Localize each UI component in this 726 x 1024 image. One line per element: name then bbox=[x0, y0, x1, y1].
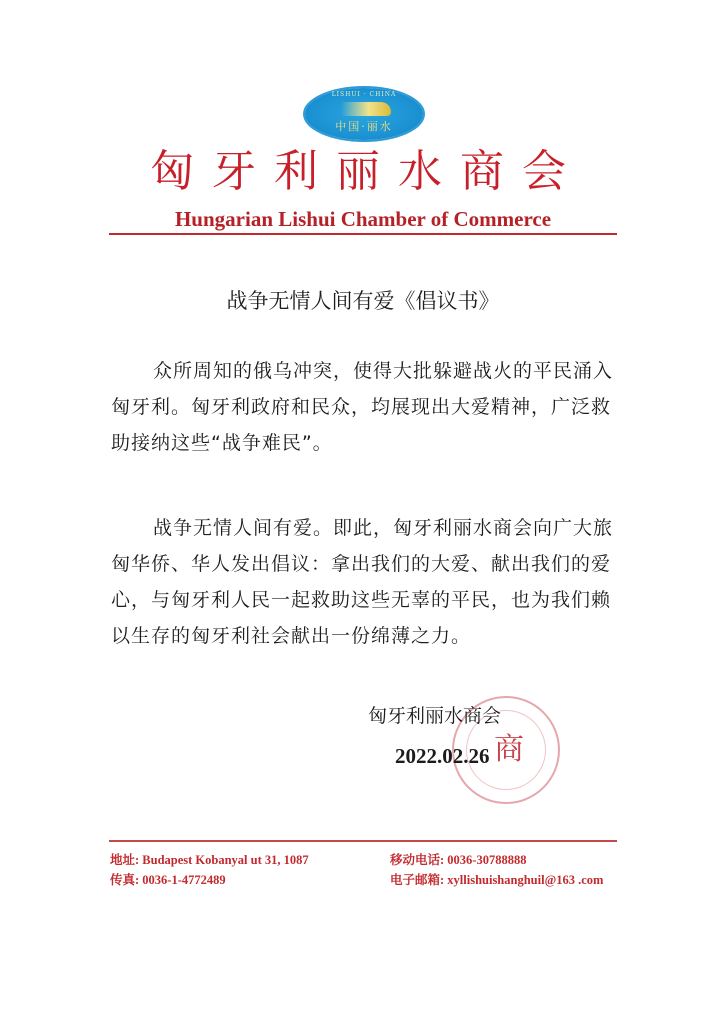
chamber-logo: LISHUI · CHINA 中国·丽水 bbox=[305, 88, 423, 140]
footer-address: 地址: Budapest Kobanyal ut 31, 1087 bbox=[110, 852, 309, 868]
logo-text: 中国·丽水 bbox=[305, 118, 423, 134]
signature-date: 2022.02.26 bbox=[395, 742, 490, 770]
paragraph-2: 战争无情人间有爱。即此，匈牙利丽水商会向广大旅匈华侨、华人发出倡议：拿出我们的大… bbox=[111, 510, 619, 654]
seal-character: 商 bbox=[494, 733, 524, 767]
footer-mobile: 移动电话: 0036-30788888 bbox=[390, 852, 526, 868]
footer-fax: 传真: 0036-1-4772489 bbox=[110, 872, 226, 888]
signature-organization: 匈牙利丽水商会 bbox=[368, 702, 501, 730]
header-divider bbox=[109, 233, 617, 235]
document-title: 战争无情人间有爱《倡议书》 bbox=[0, 286, 726, 316]
footer-email: 电子邮箱: xyllishuishanghuil@163 .com bbox=[390, 872, 603, 888]
logo-arc-text: LISHUI · CHINA bbox=[305, 91, 423, 98]
org-name-chinese: 匈牙利丽水商会 bbox=[150, 142, 600, 202]
ship-icon bbox=[341, 102, 391, 116]
footer-divider bbox=[109, 840, 617, 842]
paragraph-1-text: 众所周知的俄乌冲突，使得大批躲避战火的平民涌入匈牙利。匈牙利政府和民众，均展现出… bbox=[111, 360, 613, 454]
paragraph-1: 众所周知的俄乌冲突，使得大批躲避战火的平民涌入匈牙利。匈牙利政府和民众，均展现出… bbox=[111, 353, 619, 461]
org-name-english: Hungarian Lishui Chamber of Commerce bbox=[0, 206, 726, 232]
paragraph-2-text: 战争无情人间有爱。即此，匈牙利丽水商会向广大旅匈华侨、华人发出倡议：拿出我们的大… bbox=[111, 517, 613, 647]
